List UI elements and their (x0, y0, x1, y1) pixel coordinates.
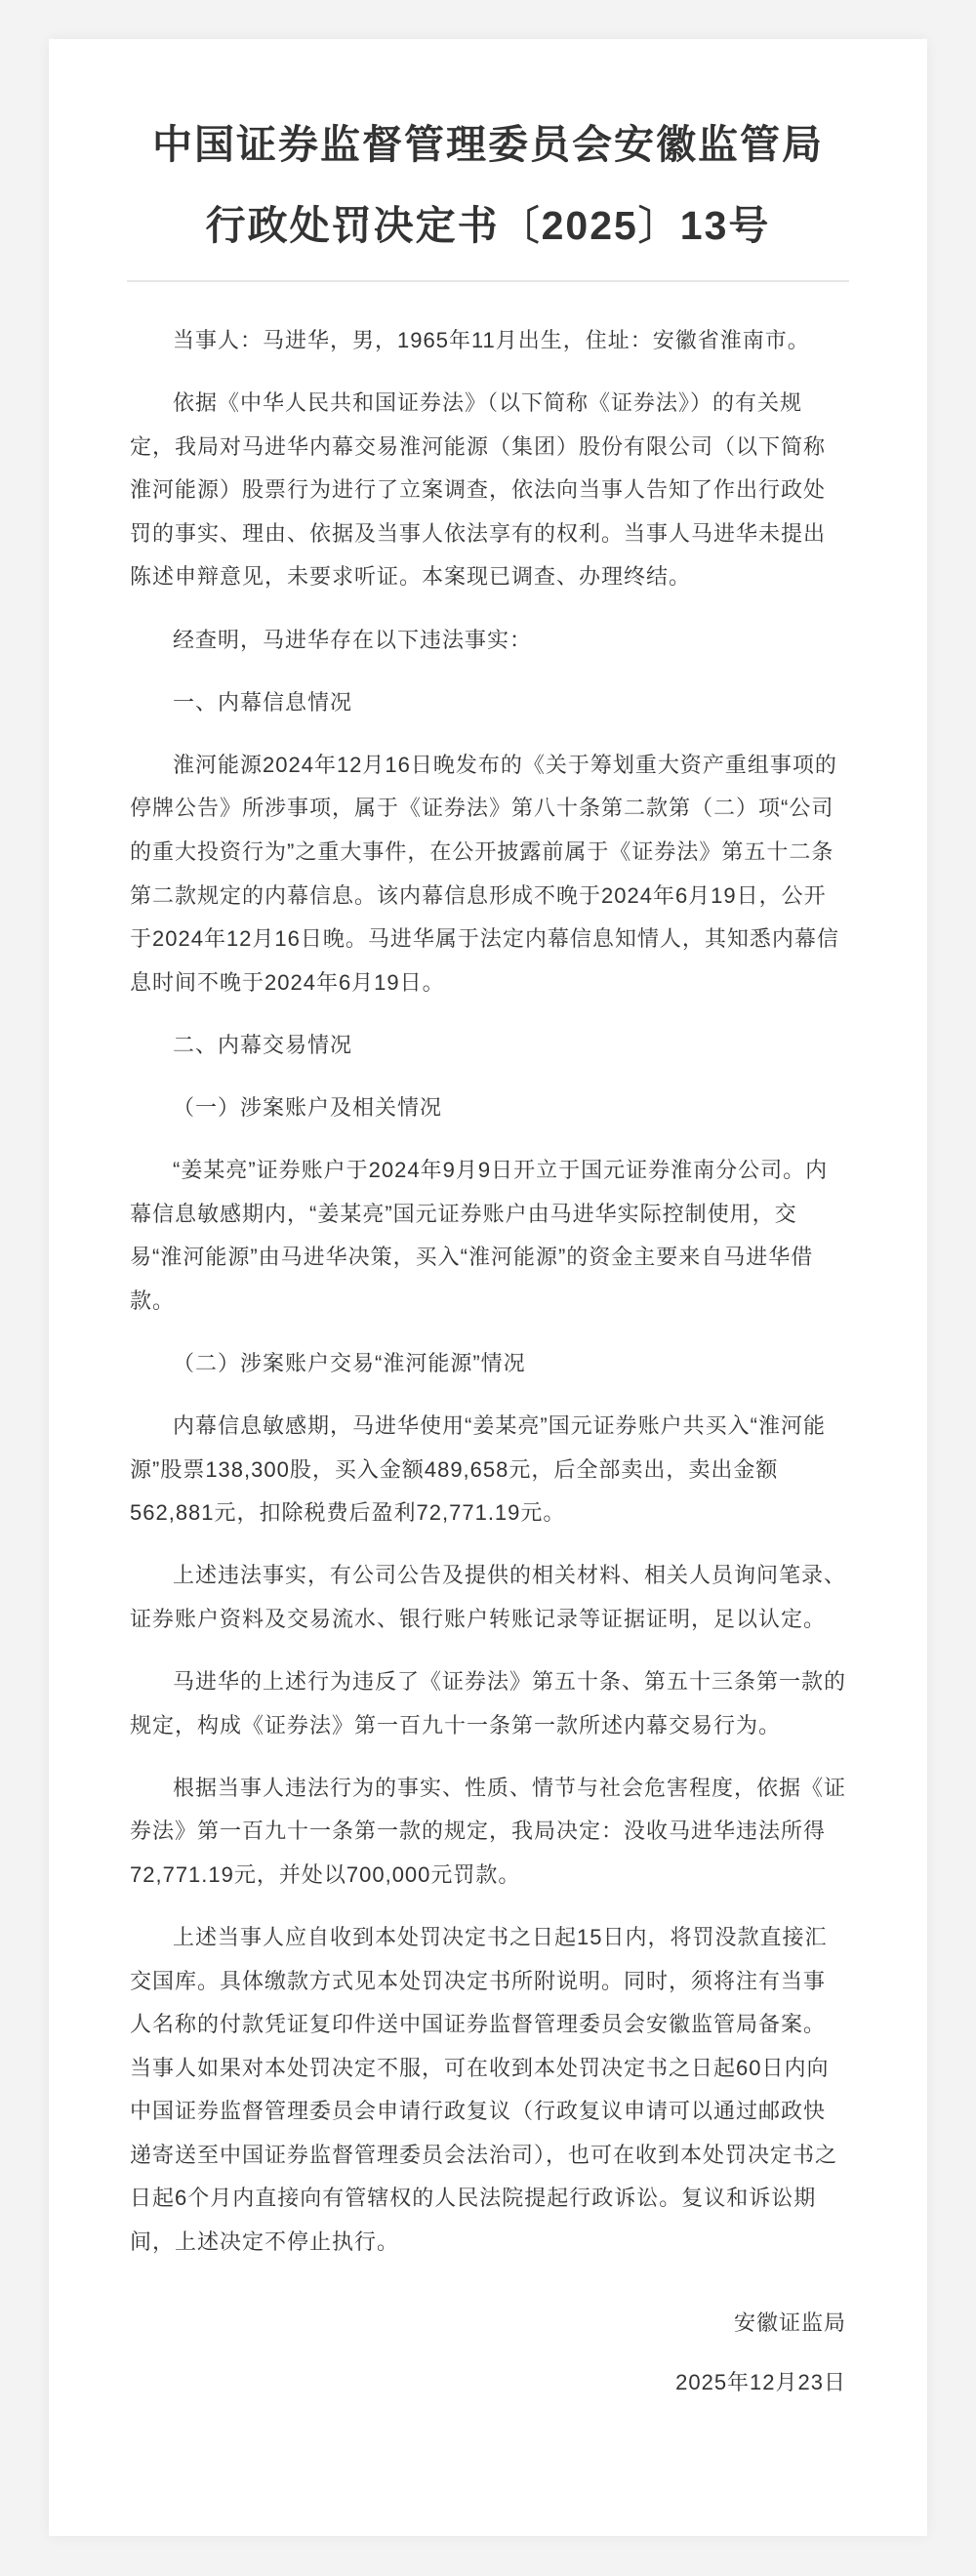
issuer-signature: 安徽证监局 (130, 2302, 846, 2346)
violation-paragraph: 马进华的上述行为违反了《证券法》第五十条、第五十三条第一款的规定，构成《证券法》… (130, 1660, 846, 1747)
insider-info-paragraph: 淮河能源2024年12月16日晚发布的《关于筹划重大资产重组事项的停牌公告》所涉… (130, 744, 846, 1005)
decision-paragraph: 根据当事人违法行为的事实、性质、情节与社会危害程度，依据《证券法》第一百九十一条… (130, 1767, 846, 1898)
subheading-trading: （二）涉案账户交易“淮河能源”情况 (130, 1342, 846, 1386)
document-title: 中国证券监督管理委员会安徽监管局 行政处罚决定书〔2025〕13号 (130, 39, 846, 266)
basis-paragraph: 依据《中华人民共和国证券法》（以下简称《证券法》）的有关规定，我局对马进华内幕交… (130, 382, 846, 599)
account-paragraph: “姜某亮”证券账户于2024年9月9日开立于国元证券淮南分公司。内幕信息敏感期内… (130, 1149, 846, 1323)
issue-date: 2025年12月23日 (130, 2361, 846, 2405)
findings-intro: 经查明，马进华存在以下违法事实： (130, 619, 846, 663)
evidence-paragraph: 上述违法事实，有公司公告及提供的相关材料、相关人员询问笔录、证券账户资料及交易流… (130, 1554, 846, 1641)
title-line-2: 行政处罚决定书〔2025〕13号 (130, 185, 846, 266)
section-heading-insider-info: 一、内幕信息情况 (130, 681, 846, 725)
trading-paragraph: 内幕信息敏感期，马进华使用“姜某亮”国元证券账户共买入“淮河能源”股票138,3… (130, 1405, 846, 1535)
subheading-account: （一）涉案账户及相关情况 (130, 1086, 846, 1130)
payment-appeal-paragraph: 上述当事人应自收到本处罚决定书之日起15日内，将罚没款直接汇交国库。具体缴款方式… (130, 1916, 846, 2265)
section-heading-insider-trading: 二、内幕交易情况 (130, 1024, 846, 1068)
title-line-1: 中国证券监督管理委员会安徽监管局 (130, 104, 846, 185)
document-body: 当事人：马进华，男，1965年11月出生，住址：安徽省淮南市。 依据《中华人民共… (130, 282, 846, 2405)
document-card: 中国证券监督管理委员会安徽监管局 行政处罚决定书〔2025〕13号 当事人：马进… (49, 39, 927, 2536)
party-paragraph: 当事人：马进华，男，1965年11月出生，住址：安徽省淮南市。 (130, 319, 846, 363)
